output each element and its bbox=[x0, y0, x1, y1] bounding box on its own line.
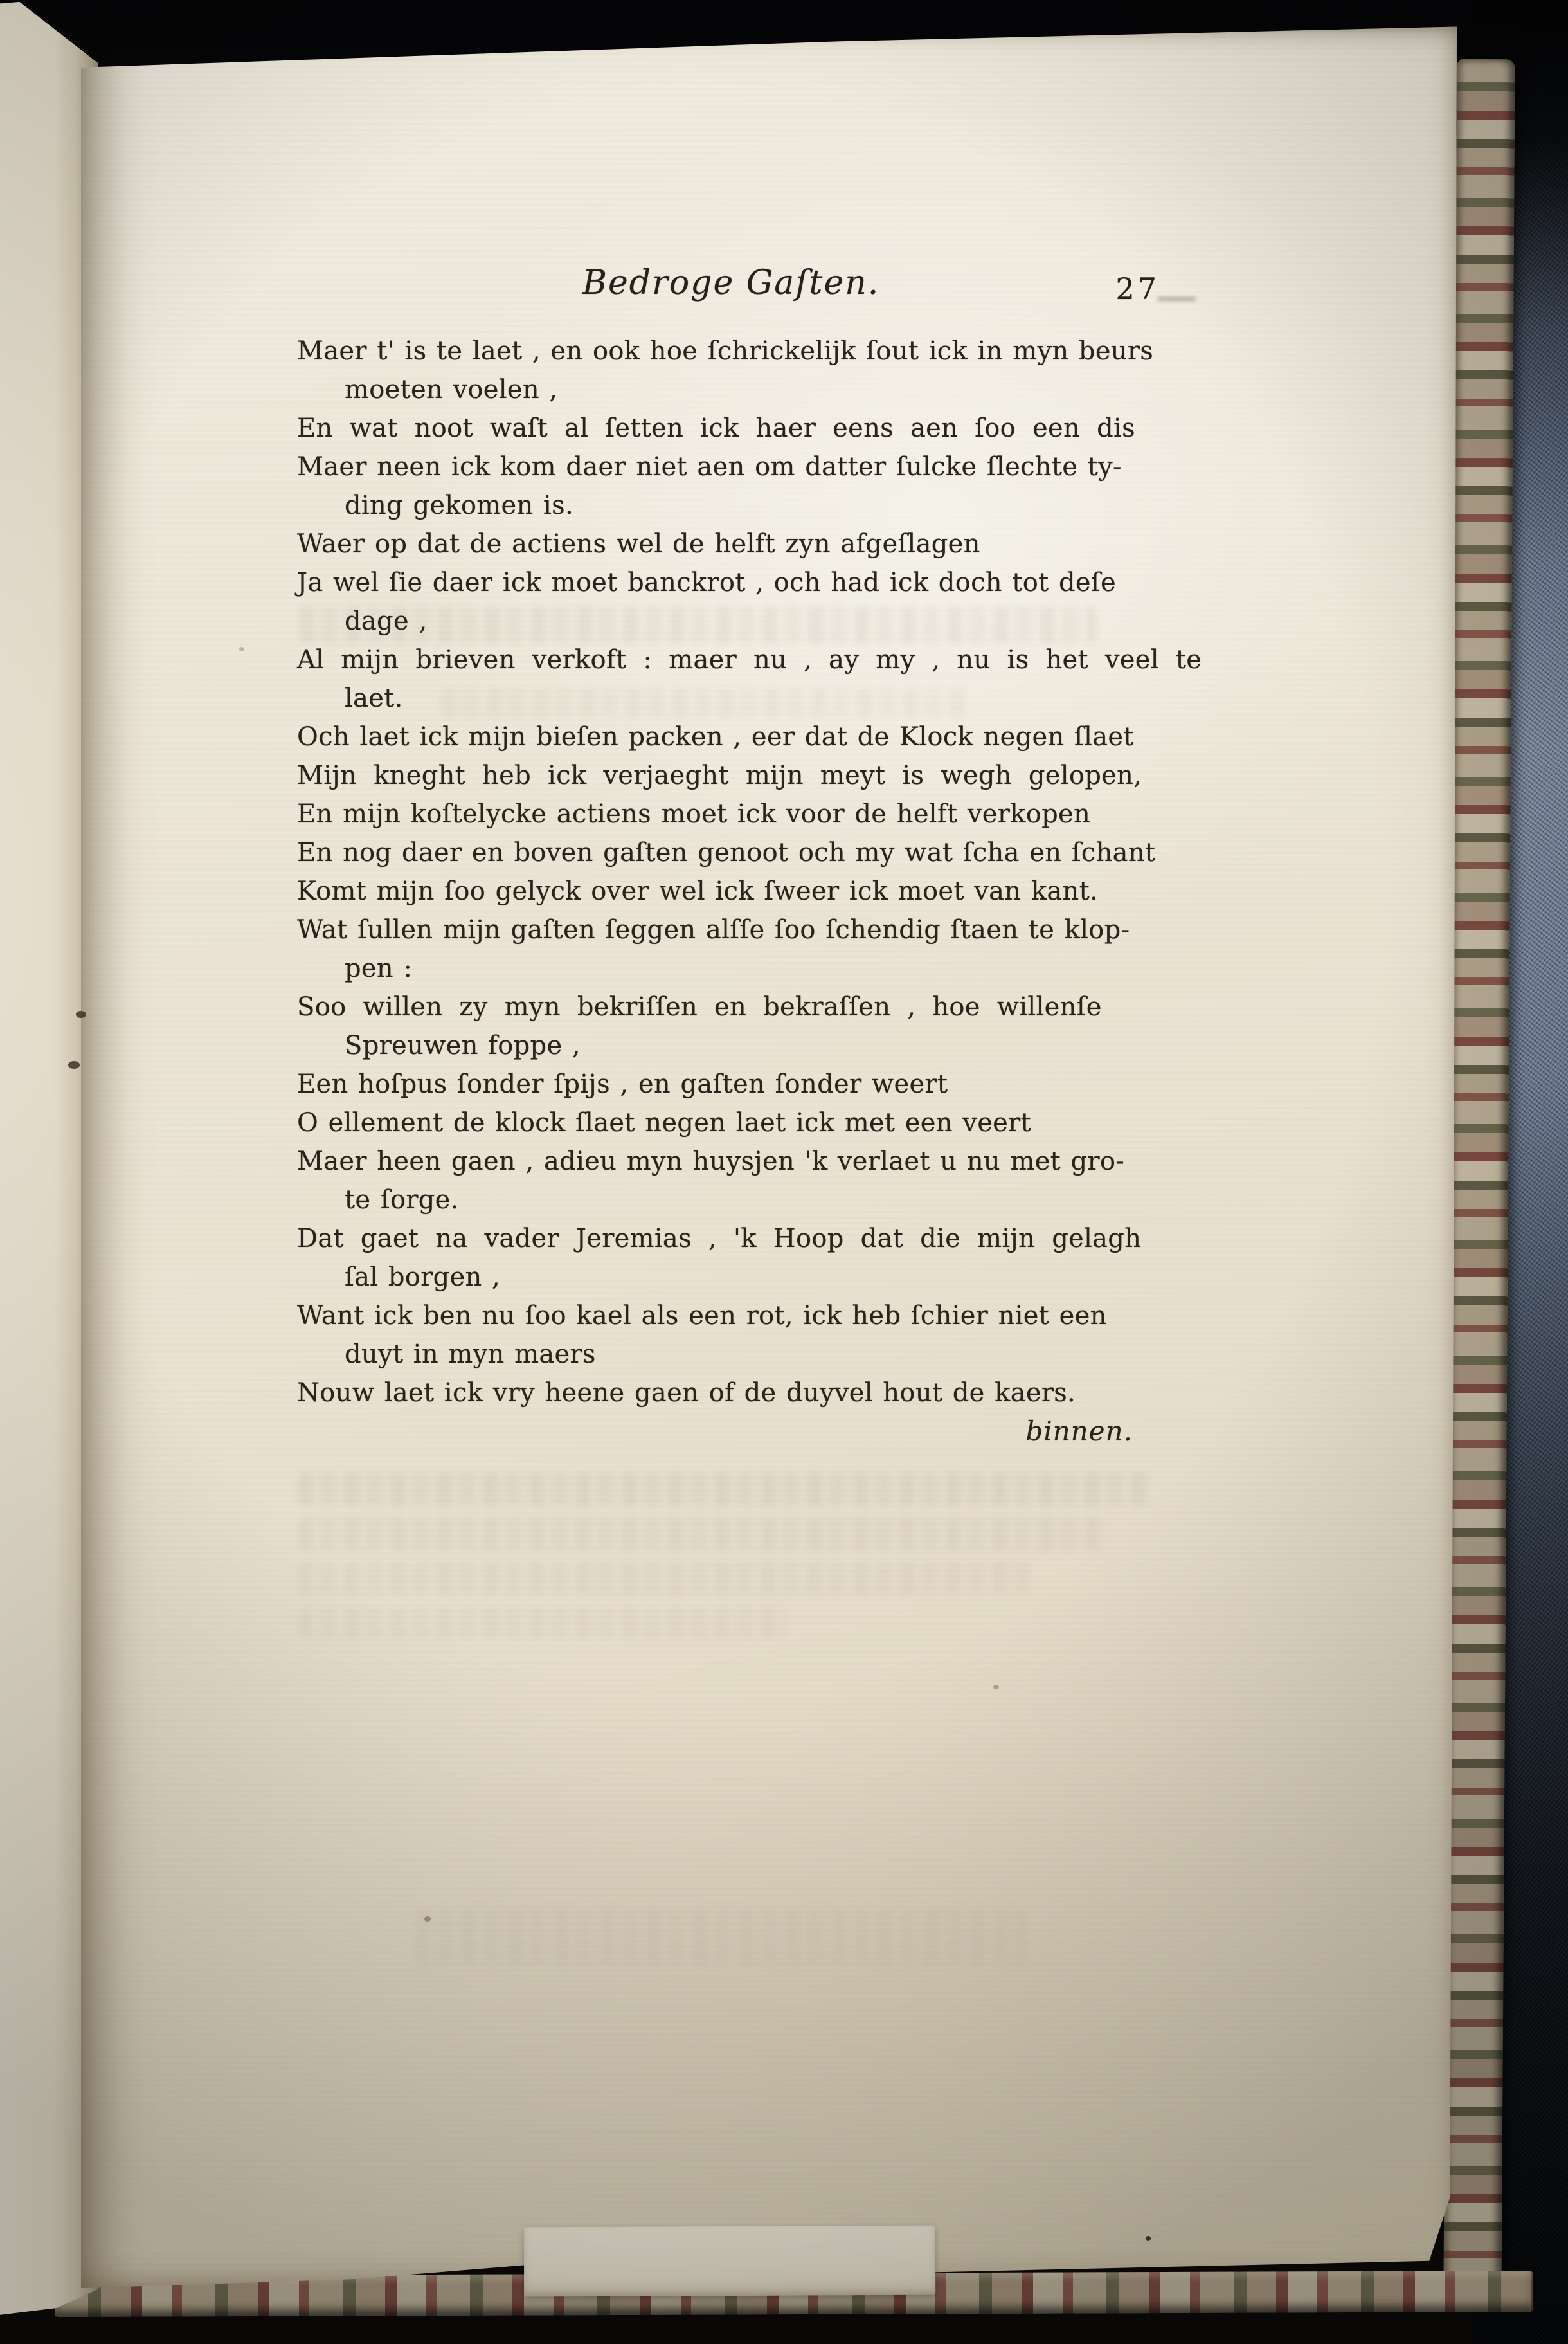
verse-line: En nog daer en boven gaſten genoot och m… bbox=[297, 833, 1166, 872]
foxing-speck bbox=[993, 1685, 999, 1689]
verse-line: Och laet ick mijn bieſen packen , eer da… bbox=[297, 718, 1166, 756]
binding-stitch-hole bbox=[76, 1011, 86, 1018]
show-through-smudge bbox=[298, 1608, 787, 1639]
book-photo: Bedroge Gaſten. 27 Maer t' is te laet , … bbox=[0, 0, 1568, 2344]
page-number: 27 bbox=[1115, 271, 1160, 306]
verse-line: Maer neen ick kom daer niet aen om datte… bbox=[297, 448, 1166, 486]
verse-line: Maer heen gaen , adieu myn huysjen 'k ve… bbox=[297, 1142, 1166, 1181]
running-title: Bedroge Gaſten. bbox=[297, 264, 1165, 302]
verse-line: Waer op dat de actiens wel de helft zyn … bbox=[297, 525, 1166, 563]
verse-text-block: Maer t' is te laet , en ook hoe ſchricke… bbox=[297, 332, 1166, 1451]
show-through-smudge bbox=[300, 606, 1097, 644]
verse-line: Soo willen zy myn bekriſſen en bekraſſen… bbox=[297, 988, 1166, 1026]
page-header: Bedroge Gaſten. 27 bbox=[297, 264, 1165, 315]
ink-smudge bbox=[1157, 297, 1196, 301]
show-through-smudge bbox=[298, 1473, 1153, 1506]
verse-line: duyt in myn maers bbox=[345, 1335, 1166, 1374]
foxing-speck bbox=[424, 1916, 431, 1922]
verse-line: Wat ſullen mijn gaſten ſeggen alſſe ſoo … bbox=[297, 911, 1166, 949]
foxing-speck bbox=[1146, 2236, 1151, 2241]
verse-line: Maer t' is te laet , en ook hoe ſchricke… bbox=[297, 332, 1166, 370]
verse-line: Ja wel ſie daer ick moet banckrot , och … bbox=[297, 563, 1166, 602]
verse-line: En mijn koſtelycke actiens moet ick voor… bbox=[297, 795, 1166, 833]
show-through-smudge bbox=[298, 1518, 1108, 1551]
verse-line: Spreuwen foppe , bbox=[345, 1026, 1166, 1065]
verse-line: O ellement de klock ſlaet negen laet ick… bbox=[297, 1104, 1166, 1142]
verse-line: Nouw laet ick vry heene gaen of de duyve… bbox=[297, 1374, 1166, 1412]
foxing-speck bbox=[239, 647, 244, 651]
show-through-smudge bbox=[298, 1563, 1031, 1595]
verse-line: te ſorge. bbox=[345, 1181, 1166, 1219]
book-page: Bedroge Gaſten. 27 Maer t' is te laet , … bbox=[81, 24, 1457, 2288]
verse-line: Dat gaet na vader Jeremias , 'k Hoop dat… bbox=[297, 1219, 1166, 1258]
show-through-smudge bbox=[441, 688, 968, 718]
stage-direction: binnen. bbox=[297, 1412, 1166, 1451]
verse-line: Want ick ben nu ſoo kael als een rot, ic… bbox=[297, 1296, 1166, 1335]
inserted-paper-slip bbox=[524, 2226, 935, 2297]
verse-line: moeten voelen , bbox=[345, 370, 1166, 409]
verse-line: ding gekomen is. bbox=[345, 486, 1166, 525]
verse-line: ſal borgen , bbox=[345, 1258, 1166, 1296]
verse-line: pen : bbox=[345, 949, 1166, 988]
verse-line: Komt mijn ſoo gelyck over wel ick ſweer … bbox=[297, 872, 1166, 911]
verse-line: Mijn kneght heb ick verjaeght mijn meyt … bbox=[297, 756, 1166, 795]
verse-line: Al mijn brieven verkoft : maer nu , ay m… bbox=[297, 641, 1166, 679]
show-through-smudge bbox=[415, 1909, 1026, 1967]
binding-stitch-hole bbox=[68, 1061, 80, 1069]
verse-line: Een hoſpus ſonder ſpijs , en gaſten ſond… bbox=[297, 1065, 1166, 1104]
verse-line: En wat noot waſt al ſetten ick haer eens… bbox=[297, 409, 1166, 448]
